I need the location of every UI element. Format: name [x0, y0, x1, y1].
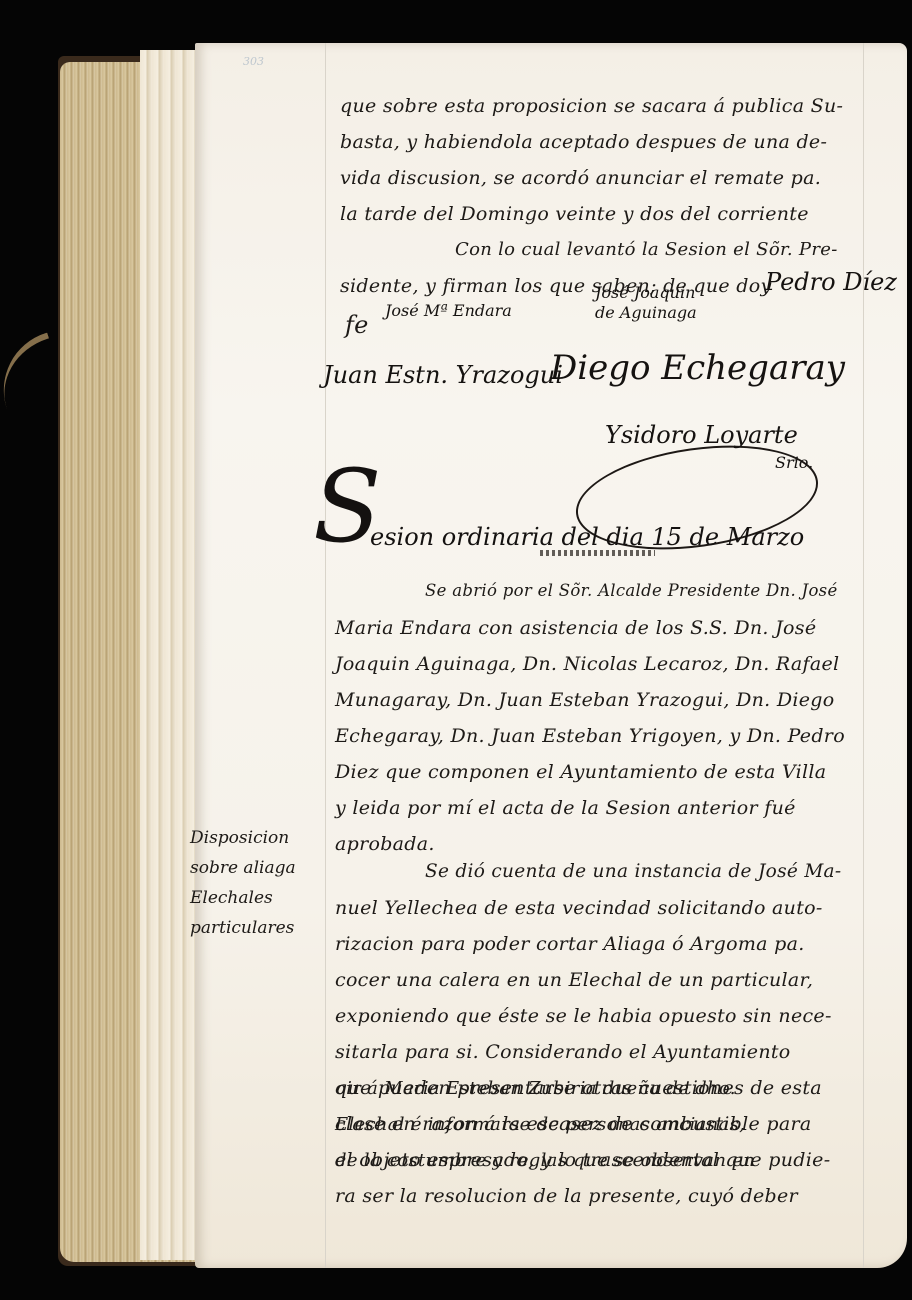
- section-heading: esion ordinaria del dia 15 de Marzo: [370, 523, 804, 551]
- text-line: Con lo cual levantó la Sesion el Sõr. Pr…: [455, 239, 838, 260]
- text-line: y leida por mí el acta de la Sesion ante…: [335, 797, 796, 819]
- text-line: basta, y habiendola aceptado despues de …: [340, 131, 827, 153]
- text-line: Se abrió por el Sõr. Alcalde Presidente …: [425, 581, 838, 600]
- text-line: Maria Endara con asistencia de los S.S. …: [335, 617, 816, 639]
- signature-diez: Pedro Díez: [765, 268, 897, 296]
- text-line: vida discusion, se acordó anunciar el re…: [340, 167, 821, 189]
- text-line: rizacion para poder cortar Aliaga ó Argo…: [335, 933, 805, 955]
- signature-echegaray: Diego Echegaray: [550, 348, 845, 388]
- text-line: sidente, y firman los que saben; de que …: [340, 275, 772, 297]
- text-line: que sobre esta proposicion se sacara á p…: [340, 95, 843, 117]
- text-line: Diez que componen el Ayuntamiento de est…: [335, 761, 826, 783]
- text-line: nuel Yellechea de esta vecindad solicita…: [335, 897, 823, 919]
- margin-note-line: Disposicion: [190, 828, 289, 848]
- right-margin-rule: [863, 43, 864, 1268]
- text-line: exponiendo que éste se le habia opuesto …: [335, 1005, 832, 1027]
- margin-note-line: sobre aliaga: [190, 858, 296, 878]
- left-margin-rule: [325, 43, 326, 1268]
- secretary-title: Srio.: [775, 453, 813, 472]
- text-line: Elechal é informarse de personas anciana…: [335, 1114, 745, 1135]
- text-line: fe: [345, 311, 369, 339]
- signature-endara: José Mª Endara: [385, 301, 512, 320]
- folio-number: 303: [243, 55, 264, 68]
- signature-loyarte: Ysidoro Loyarte: [605, 421, 798, 449]
- text-line: aprobada.: [335, 833, 435, 855]
- signature-yrazogui: Juan Estn. Yrazogui: [323, 361, 563, 389]
- signature-aguinaga: José Joaquin de Aguinaga: [595, 283, 705, 323]
- text-line: oir á Maria Esteban Zubiria dueña de dho…: [335, 1078, 736, 1099]
- text-line: de la costumbre y reglas que se observan…: [335, 1150, 755, 1171]
- text-line: Munagaray, Dn. Juan Esteban Yrazogui, Dn…: [335, 689, 834, 711]
- text-line: cocer una calera en un Elechal de un par…: [335, 969, 813, 991]
- page-edges-inner: [140, 50, 200, 1260]
- text-line: Se dió cuenta de una instancia de José M…: [425, 861, 841, 882]
- text-line: la tarde del Domingo veinte y dos del co…: [340, 203, 809, 225]
- margin-note-line: Elechales: [190, 888, 273, 908]
- text-line: Echegaray, Dn. Juan Esteban Yrigoyen, y …: [335, 725, 845, 747]
- text-line: Joaquin Aguinaga, Dn. Nicolas Lecaroz, D…: [335, 653, 839, 675]
- text-line: sitarla para si. Considerando el Ayuntam…: [335, 1041, 791, 1063]
- heading-underline: [540, 550, 655, 556]
- margin-note-line: particulares: [190, 918, 294, 938]
- text-line: ra ser la resolucion de la presente, cuy…: [335, 1185, 798, 1207]
